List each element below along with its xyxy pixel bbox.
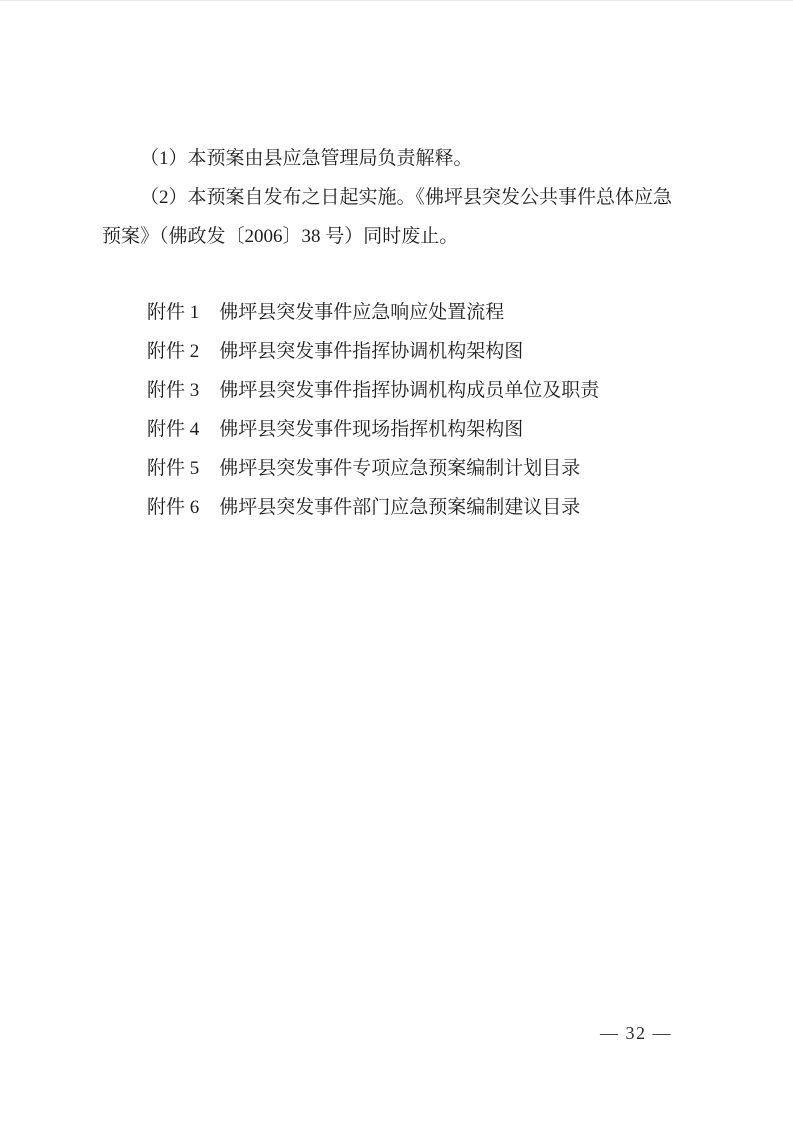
paragraph-effective-clause: （2）本预案自发布之日起实施。《佛坪县突发公共事件总体应急预案》（佛政发〔200… [102,178,672,256]
attachment-title: 佛坪县突发事件指挥协调机构架构图 [219,341,523,362]
attachment-title: 佛坪县突发事件专项应急预案编制计划目录 [219,458,580,479]
attachment-item-3: 附件 3佛坪县突发事件指挥协调机构成员单位及职责 [147,371,672,410]
attachment-label: 附件 4 [147,410,199,449]
attachment-label: 附件 3 [147,371,199,410]
paragraph-interpretation-clause: （1）本预案由县应急管理局负责解释。 [102,139,672,178]
page-number: — 32 — [600,1020,672,1046]
attachment-list: 附件 1佛坪县突发事件应急响应处置流程 附件 2佛坪县突发事件指挥协调机构架构图… [102,293,672,527]
attachment-title: 佛坪县突发事件现场指挥机构架构图 [219,419,523,440]
attachment-label: 附件 1 [147,293,199,332]
attachment-item-1: 附件 1佛坪县突发事件应急响应处置流程 [147,293,672,332]
attachment-item-4: 附件 4佛坪县突发事件现场指挥机构架构图 [147,410,672,449]
attachment-item-6: 附件 6佛坪县突发事件部门应急预案编制建议目录 [147,488,672,527]
document-page: （1）本预案由县应急管理局负责解释。 （2）本预案自发布之日起实施。《佛坪县突发… [0,0,793,1122]
attachment-title: 佛坪县突发事件应急响应处置流程 [219,302,504,323]
attachment-label: 附件 2 [147,332,199,371]
attachment-label: 附件 6 [147,488,199,527]
scan-edge-line [0,0,793,1]
attachment-title: 佛坪县突发事件部门应急预案编制建议目录 [219,497,580,518]
attachment-title: 佛坪县突发事件指挥协调机构成员单位及职责 [219,380,599,401]
attachment-label: 附件 5 [147,449,199,488]
attachment-item-2: 附件 2佛坪县突发事件指挥协调机构架构图 [147,332,672,371]
attachment-item-5: 附件 5佛坪县突发事件专项应急预案编制计划目录 [147,449,672,488]
document-content: （1）本预案由县应急管理局负责解释。 （2）本预案自发布之日起实施。《佛坪县突发… [102,139,672,527]
